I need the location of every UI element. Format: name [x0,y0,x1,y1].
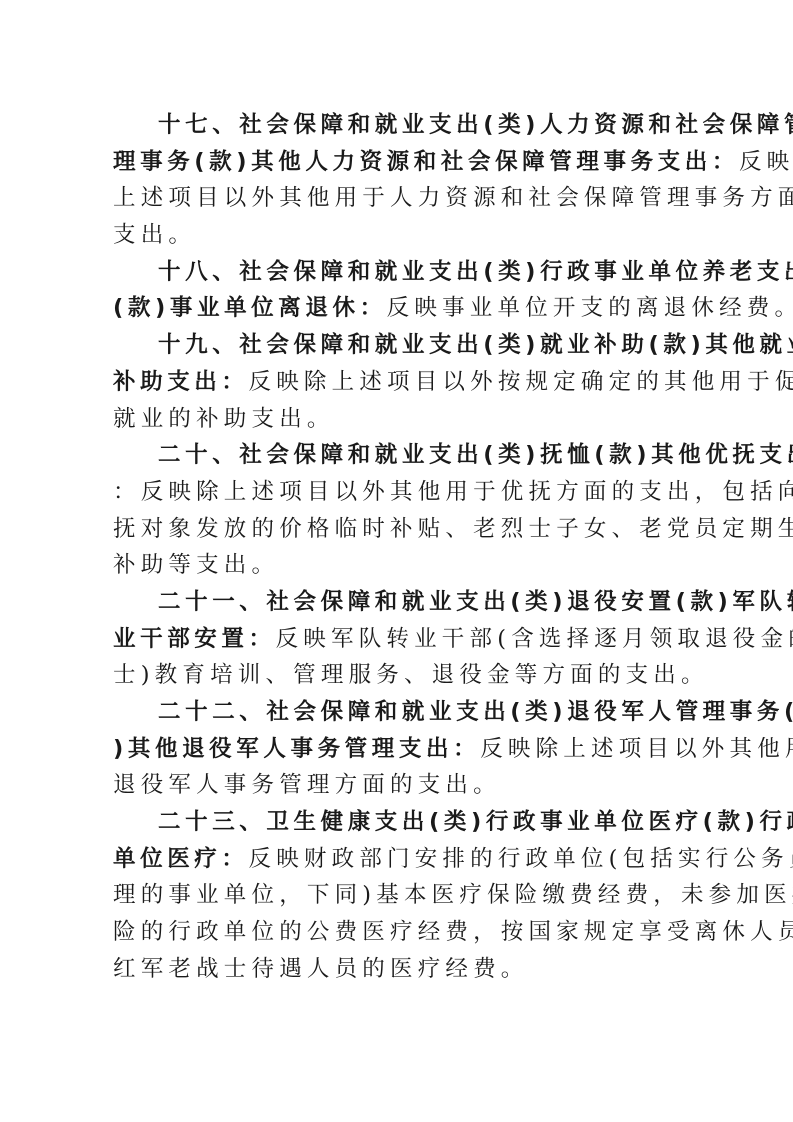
document-page: 十七、社会保障和就业支出(类)人力资源和社会保障管 理事务(款)其他人力资源和社… [0,0,793,1122]
text-line: 退役军人事务管理方面的支出。 [113,767,673,804]
section-title: 十八、社会保障和就业支出(类)行政事业单位养老支出 [158,259,793,285]
section-heading-line: 二十三、卫生健康支出(类)行政事业单位医疗(款)行政 [113,804,673,841]
text-line: 理的事业单位，下同)基本医疗保险缴费经费，未参加医疗保 [113,877,673,914]
section-title: 补助支出： [113,369,249,395]
text-line: 单位医疗：反映财政部门安排的行政单位(包括实行公务员管 [113,841,673,878]
section-title: 二十、社会保障和就业支出(类)抚恤(款)其他优抚支出 [158,442,793,468]
section-description: 支出。 [113,222,196,248]
section-23: 二十三、卫生健康支出(类)行政事业单位医疗(款)行政 单位医疗：反映财政部门安排… [113,804,673,987]
text-line: 补助等支出。 [113,547,673,584]
section-heading-line: 二十、社会保障和就业支出(类)抚恤(款)其他优抚支出 [113,437,673,474]
section-20: 二十、社会保障和就业支出(类)抚恤(款)其他优抚支出 ：反映除上述项目以外其他用… [113,437,673,584]
section-title: 二十二、社会保障和就业支出(类)退役军人管理事务(款 [158,699,793,725]
section-description: 抚对象发放的价格临时补贴、老烈士子女、老党员定期生活 [113,516,793,542]
section-description: 险的行政单位的公费医疗经费，按国家规定享受离休人员、 [113,919,793,945]
section-description: 就业的补助支出。 [113,406,335,432]
section-description: 士)教育培训、管理服务、退役金等方面的支出。 [113,662,709,688]
section-description: 补助等支出。 [113,552,279,578]
section-heading-line: 十七、社会保障和就业支出(类)人力资源和社会保障管 [113,107,673,144]
section-21: 二十一、社会保障和就业支出(类)退役安置(款)军队转 业干部安置：反映军队转业干… [113,584,673,694]
text-line: 红军老战士待遇人员的医疗经费。 [113,951,673,988]
text-line: 抚对象发放的价格临时补贴、老烈士子女、老党员定期生活 [113,511,673,548]
section-title: (款)事业单位离退休： [113,295,387,321]
section-description: 退役军人事务管理方面的支出。 [113,772,501,798]
section-title: 业干部安置： [113,626,276,652]
section-description: 上述项目以外其他用于人力资源和社会保障管理事务方面的 [113,185,793,211]
text-line: )其他退役军人事务管理支出：反映除上述项目以外其他用于 [113,731,673,768]
section-description: 红军老战士待遇人员的医疗经费。 [113,956,529,982]
text-line: (款)事业单位离退休：反映事业单位开支的离退休经费。 [113,290,673,327]
section-description: 反映除上述项目以外按规定确定的其他用于促进 [249,369,793,395]
section-description: 反映除 [739,149,793,175]
section-title: 十九、社会保障和就业支出(类)就业补助(款)其他就业 [158,332,793,358]
section-heading-line: 十九、社会保障和就业支出(类)就业补助(款)其他就业 [113,327,673,364]
section-heading-line: 十八、社会保障和就业支出(类)行政事业单位养老支出 [113,254,673,291]
text-line: 就业的补助支出。 [113,401,673,438]
section-description: ：反映除上述项目以外其他用于优抚方面的支出，包括向优 [113,479,793,505]
section-title: 二十一、社会保障和就业支出(类)退役安置(款)军队转 [158,589,793,615]
text-line: 士)教育培训、管理服务、退役金等方面的支出。 [113,657,673,694]
section-description: 理的事业单位，下同)基本医疗保险缴费经费，未参加医疗保 [113,882,793,908]
text-line: 支出。 [113,217,673,254]
section-22: 二十二、社会保障和就业支出(类)退役军人管理事务(款 )其他退役军人事务管理支出… [113,694,673,804]
section-title: 十七、社会保障和就业支出(类)人力资源和社会保障管 [158,112,793,138]
section-description: 反映事业单位开支的离退休经费。 [387,295,793,321]
text-line: 上述项目以外其他用于人力资源和社会保障管理事务方面的 [113,180,673,217]
section-title: )其他退役军人事务管理支出： [113,736,480,762]
text-line: 补助支出：反映除上述项目以外按规定确定的其他用于促进 [113,364,673,401]
text-line: 理事务(款)其他人力资源和社会保障管理事务支出：反映除 [113,144,673,181]
section-title: 理事务(款)其他人力资源和社会保障管理事务支出： [113,149,739,175]
section-description: 反映除上述项目以外其他用于 [480,736,793,762]
section-description: 反映军队转业干部(含选择逐月领取退役金的军 [276,626,793,652]
section-19: 十九、社会保障和就业支出(类)就业补助(款)其他就业 补助支出：反映除上述项目以… [113,327,673,437]
section-18: 十八、社会保障和就业支出(类)行政事业单位养老支出 (款)事业单位离退休：反映事… [113,254,673,327]
section-title: 单位医疗： [113,846,249,872]
section-description: 反映财政部门安排的行政单位(包括实行公务员管 [249,846,793,872]
text-line: 险的行政单位的公费医疗经费，按国家规定享受离休人员、 [113,914,673,951]
text-line: ：反映除上述项目以外其他用于优抚方面的支出，包括向优 [113,474,673,511]
section-heading-line: 二十一、社会保障和就业支出(类)退役安置(款)军队转 [113,584,673,621]
text-line: 业干部安置：反映军队转业干部(含选择逐月领取退役金的军 [113,621,673,658]
document-body: 十七、社会保障和就业支出(类)人力资源和社会保障管 理事务(款)其他人力资源和社… [113,107,673,988]
section-17: 十七、社会保障和就业支出(类)人力资源和社会保障管 理事务(款)其他人力资源和社… [113,107,673,254]
section-heading-line: 二十二、社会保障和就业支出(类)退役军人管理事务(款 [113,694,673,731]
section-title: 二十三、卫生健康支出(类)行政事业单位医疗(款)行政 [158,809,793,835]
